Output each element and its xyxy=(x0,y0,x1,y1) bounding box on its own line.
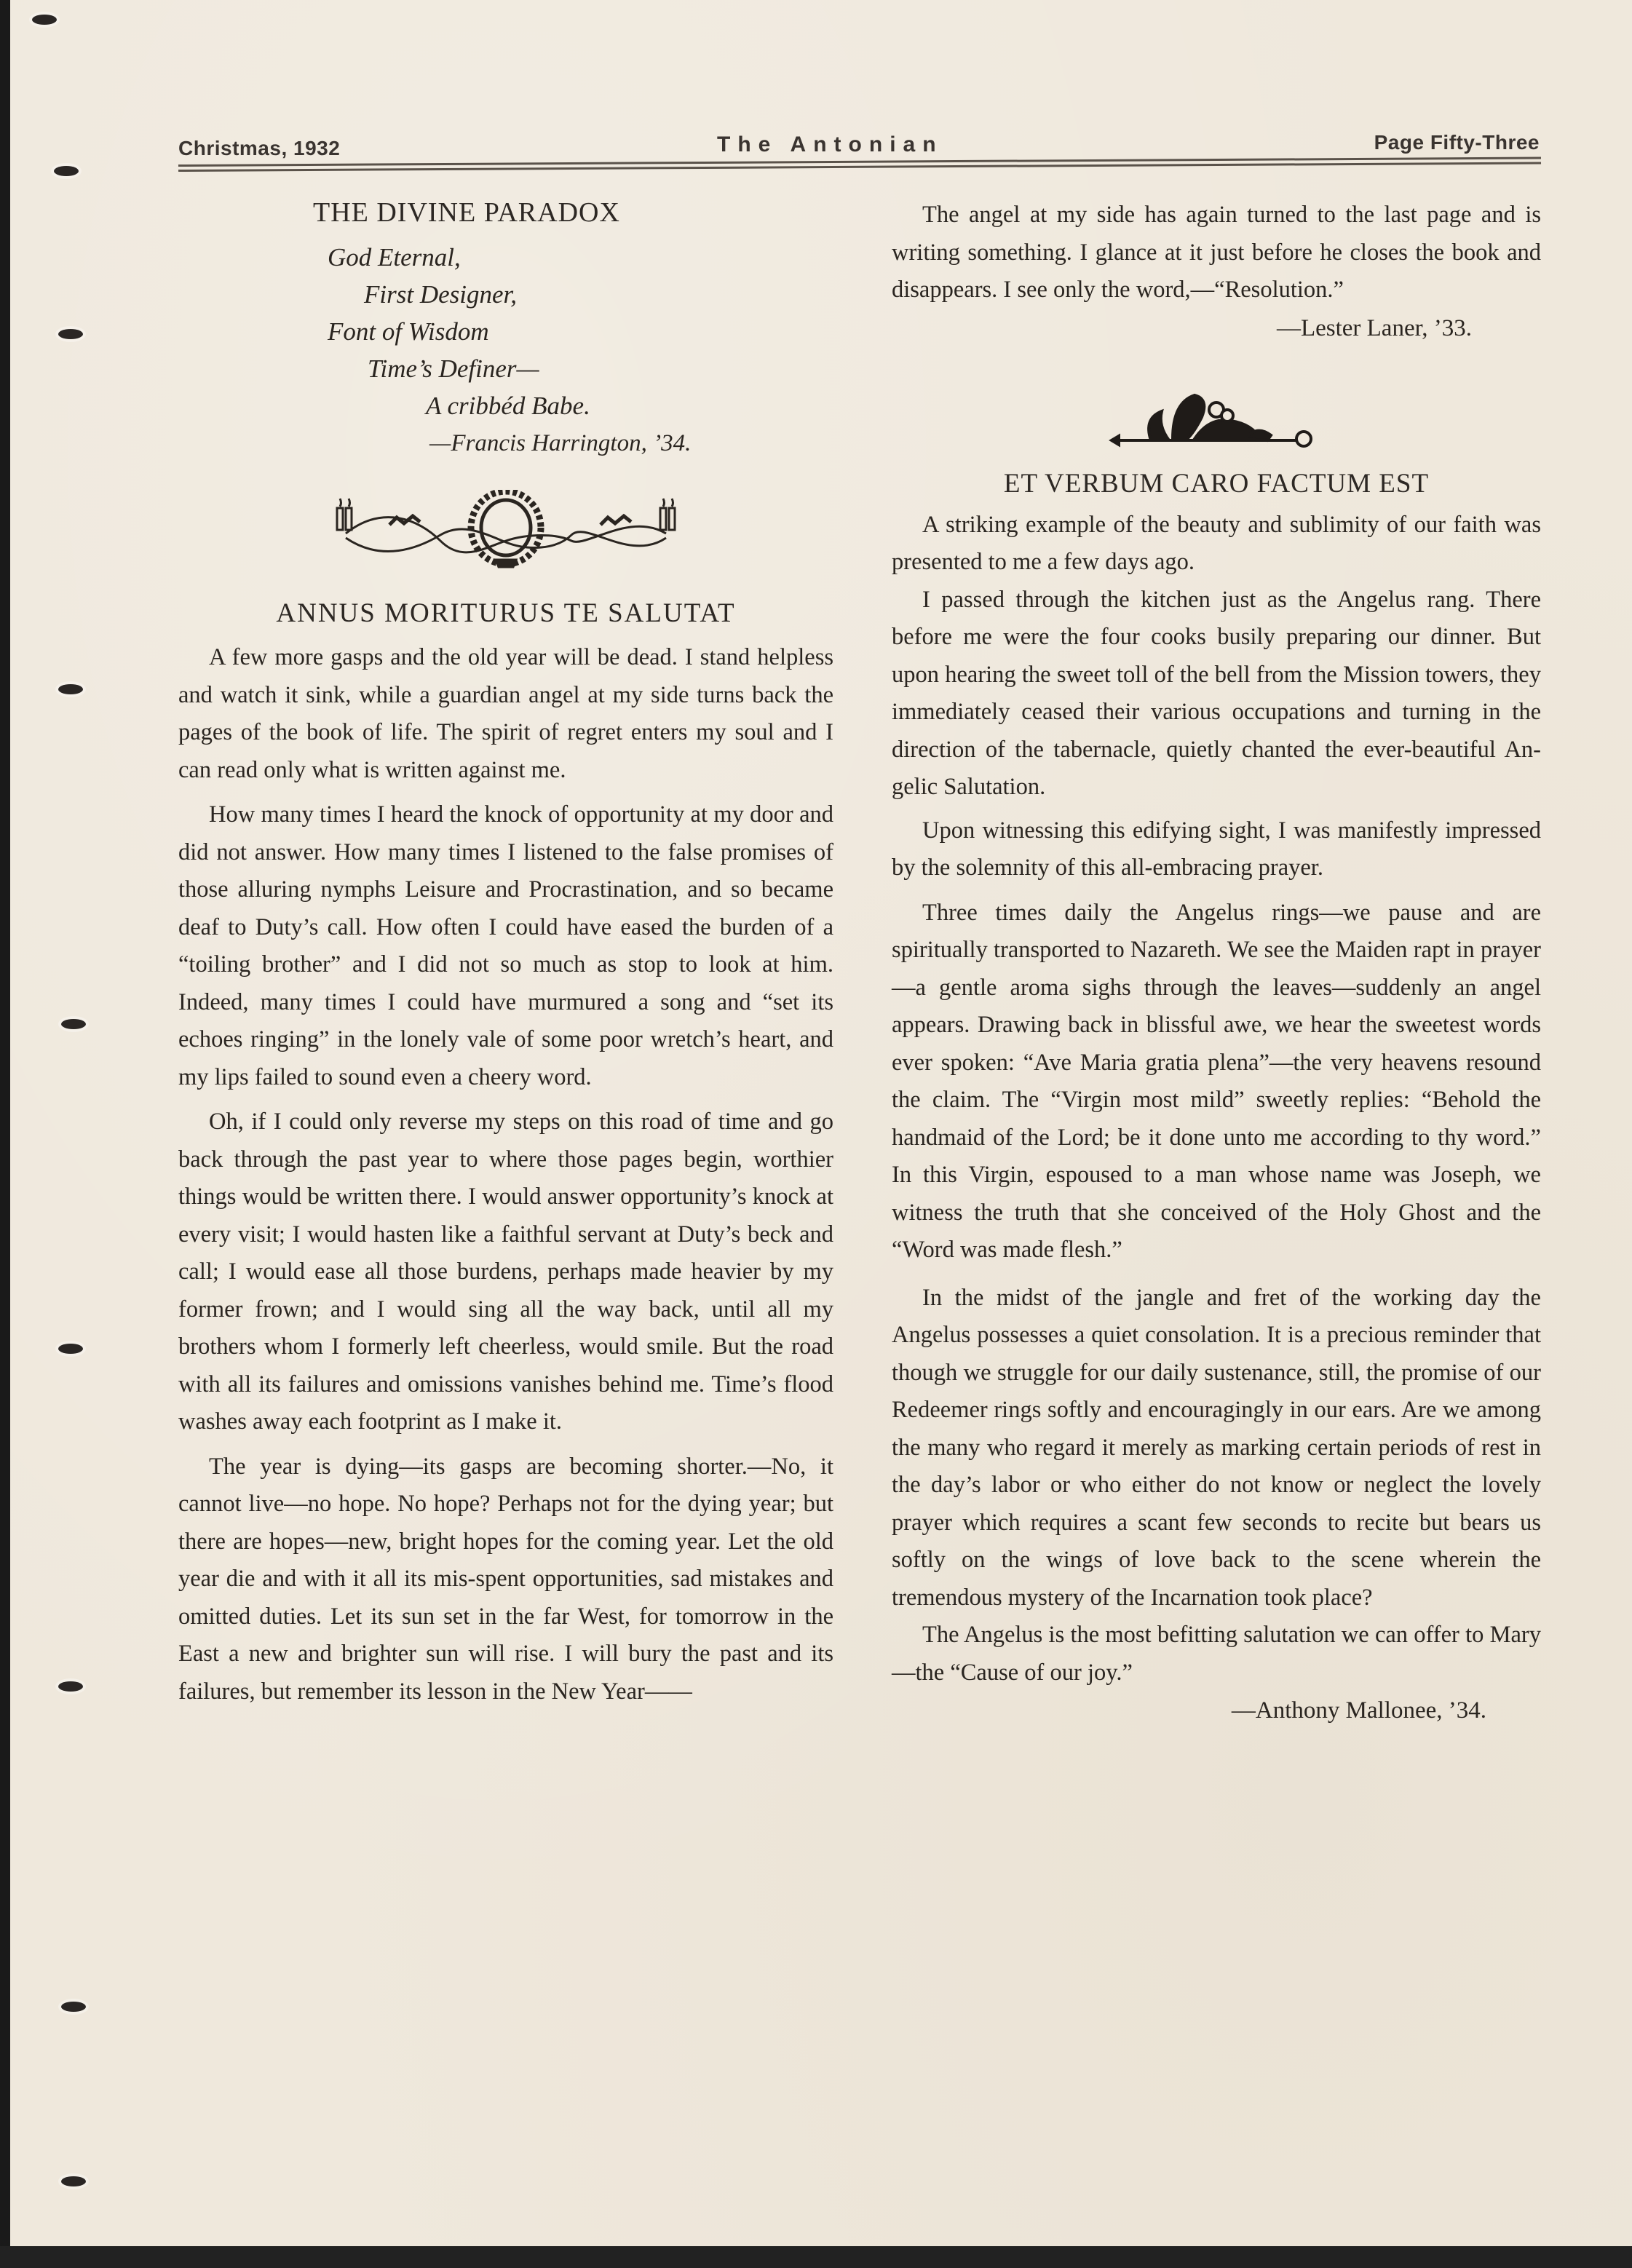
wreath-with-candles-ornament xyxy=(324,490,688,570)
binding-hole xyxy=(61,2002,86,2012)
article-title-annus: ANNUS MORITURUS TE SALUTAT xyxy=(178,598,833,629)
poem-line: A cribbéd Babe. xyxy=(178,387,833,424)
article-paragraph: A few more gasps and the old year will b… xyxy=(178,639,833,789)
article-attribution: —Anthony Mallonee, ’34. xyxy=(892,1692,1541,1729)
article-paragraph: A striking example of the beauty and sub… xyxy=(892,507,1541,582)
article-paragraph: In the midst of the jangle and fret of t… xyxy=(892,1280,1541,1617)
article-title-et-verbum: ET VERBUM CARO FACTUM EST xyxy=(892,468,1541,499)
binding-hole xyxy=(61,1019,86,1029)
article-paragraph: Upon witnessing this edifying sight, I w… xyxy=(892,812,1541,887)
poem-body: God Eternal, First Designer, Font of Wis… xyxy=(178,239,833,462)
page-bottom-edge xyxy=(0,2246,1632,2268)
left-column: THE DIVINE PARADOX God Eternal, First De… xyxy=(178,197,833,1710)
article-paragraph: The Angelus is the most befitting saluta… xyxy=(892,1617,1541,1692)
page-number: Page Fifty-Three xyxy=(1374,131,1540,154)
poem-line: Font of Wisdom xyxy=(178,313,833,350)
binding-hole xyxy=(58,1681,83,1692)
article-paragraph: Three times daily the Angelus rings—we p… xyxy=(892,895,1541,1269)
binding-hole xyxy=(58,1344,83,1354)
issue-date: Christmas, 1932 xyxy=(178,137,340,160)
article-paragraph: How many times I heard the knock of oppo… xyxy=(178,796,833,1096)
article-paragraph: I passed through the kitchen just as the… xyxy=(892,582,1541,806)
binding-hole xyxy=(54,166,79,176)
poem-line: First Designer, xyxy=(178,276,833,313)
poem-title: THE DIVINE PARADOX xyxy=(178,197,833,229)
publication-title: The Antonian xyxy=(717,132,943,157)
poem-divine-paradox: THE DIVINE PARADOX God Eternal, First De… xyxy=(178,197,833,462)
article-paragraph: The year is dying—its gasps are becoming… xyxy=(178,1448,833,1711)
poem-line: God Eternal, xyxy=(178,239,833,276)
binding-hole xyxy=(58,684,83,694)
binding-hole xyxy=(61,2176,86,2186)
poem-line: Time’s Definer— xyxy=(178,350,833,387)
article-continuation: The angel at my side has again turned to… xyxy=(892,197,1541,309)
running-header: Christmas, 1932 The Antonian Page Fifty-… xyxy=(178,131,1540,160)
binding-edge xyxy=(0,0,10,2268)
article-attribution: —Lester Laner, ’33. xyxy=(892,309,1541,347)
article-paragraph: Oh, if I could only reverse my steps on … xyxy=(178,1103,833,1441)
poem-attribution: —Francis Harrington, ’34. xyxy=(178,424,833,462)
right-column: The angel at my side has again turned to… xyxy=(892,197,1541,1729)
binding-hole xyxy=(58,329,83,339)
floral-spray-ornament xyxy=(1107,388,1326,453)
binding-hole xyxy=(32,15,57,25)
